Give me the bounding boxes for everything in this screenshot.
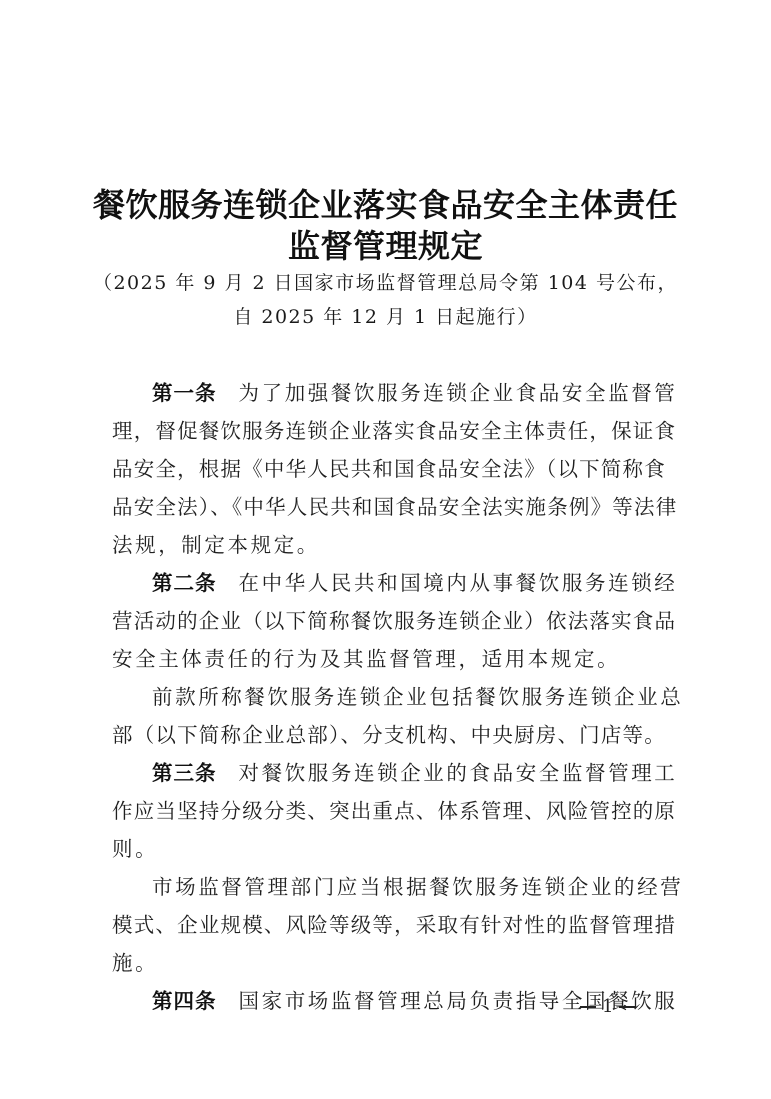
article-1-line-5: 法规，制定本规定。 <box>112 526 664 564</box>
article-4-number: 第四条 <box>152 989 217 1013</box>
article-1-line-1: 第一条为了加强餐饮服务连锁企业食品安全监督管 <box>112 374 664 412</box>
article-3-line-1: 第三条对餐饮服务连锁企业的食品安全监督管理工 <box>112 754 664 792</box>
article-2-para-2-line-2: 部（以下简称企业总部）、分支机构、中央厨房、门店等。 <box>112 716 664 754</box>
promulgation-note-line-2: 自 2025 年 12 月 1 日起施行） <box>0 304 771 330</box>
dash-left-decoration <box>580 1006 596 1008</box>
article-1-number: 第一条 <box>152 381 217 405</box>
page-number-value: 1 <box>602 996 613 1017</box>
article-1-line-2: 理，督促餐饮服务连锁企业落实食品安全主体责任，保证食 <box>112 412 664 450</box>
article-2-text-1: 在中华人民共和国境内从事餐饮服务连锁经 <box>239 571 678 595</box>
article-2-line-2: 营活动的企业（以下简称餐饮服务连锁企业）依法落实食品 <box>112 602 664 640</box>
article-3-para-2-line-3: 施。 <box>112 944 664 982</box>
article-3-line-3: 则。 <box>112 830 664 868</box>
document-title-line-2: 监督管理规定 <box>0 226 771 266</box>
article-3-para-2-line-2: 模式、企业规模、风险等级等，采取有针对性的监督管理措 <box>112 906 664 944</box>
article-2-line-3: 安全主体责任的行为及其监督管理，适用本规定。 <box>112 640 664 678</box>
article-2-number: 第二条 <box>152 571 217 595</box>
article-3-para-2-line-1: 市场监督管理部门应当根据餐饮服务连锁企业的经营 <box>112 868 664 906</box>
document-title-line-1: 餐饮服务连锁企业落实食品安全主体责任 <box>0 185 771 225</box>
page-number: 1 <box>580 996 635 1017</box>
article-1-line-4: 品安全法）、《中华人民共和国食品安全法实施条例》等法律 <box>112 488 664 526</box>
promulgation-note-line-1: （2025 年 9 月 2 日国家市场监督管理总局令第 104 号公布， <box>0 270 771 296</box>
article-3-text-1: 对餐饮服务连锁企业的食品安全监督管理工 <box>239 761 678 785</box>
document-body: 第一条为了加强餐饮服务连锁企业食品安全监督管 理，督促餐饮服务连锁企业落实食品安… <box>112 374 664 1020</box>
article-1-line-3: 品安全，根据《中华人民共和国食品安全法》（以下简称食 <box>112 450 664 488</box>
document-page: 餐饮服务连锁企业落实食品安全主体责任 监督管理规定 （2025 年 9 月 2 … <box>0 0 771 1099</box>
article-1-text-1: 为了加强餐饮服务连锁企业食品安全监督管 <box>239 381 678 405</box>
article-3-number: 第三条 <box>152 761 217 785</box>
dash-right-decoration <box>619 1006 635 1008</box>
article-3-line-2: 作应当坚持分级分类、突出重点、体系管理、风险管控的原 <box>112 792 664 830</box>
article-2-para-2-line-1: 前款所称餐饮服务连锁企业包括餐饮服务连锁企业总 <box>112 678 664 716</box>
article-2-line-1: 第二条在中华人民共和国境内从事餐饮服务连锁经 <box>112 564 664 602</box>
